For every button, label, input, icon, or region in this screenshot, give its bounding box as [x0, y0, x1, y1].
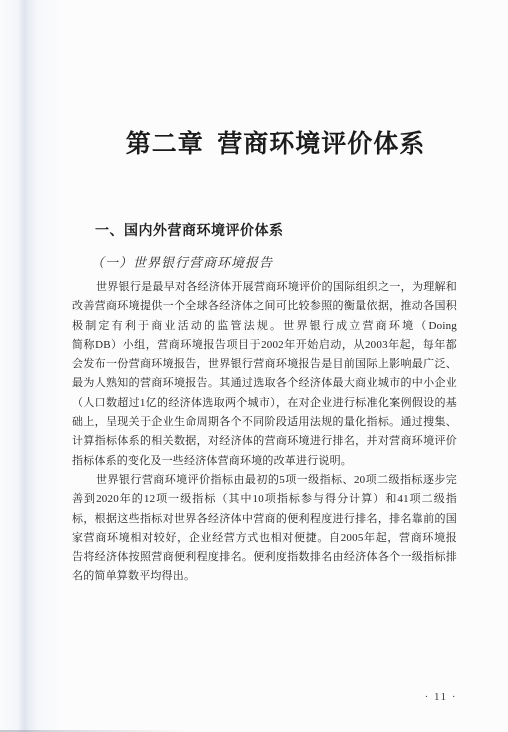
paragraph-line: 计算指标体系的相关数据，对经济体的营商环境进行排名，并对营商环境评价	[72, 432, 457, 451]
paragraph-line: 家营商环境相对较好，企业经营方式也相对便捷。自2005年起，营商环境报	[72, 529, 457, 548]
scan-gutter-shadow	[0, 0, 64, 732]
paragraph-line: 世界银行是最早对各经济体开展营商环境评价的国际组织之一，为理解和	[72, 278, 457, 297]
paragraph-line: 最为人熟知的营商环境报告。其通过选取各个经济体最大商业城市的中小企业	[72, 374, 457, 393]
paragraph-line: 改善营商环境提供一个全球各经济体之间可比较参照的衡量依据，推动各国积	[72, 297, 457, 316]
paragraph-line: 善到2020年的12项一级指标（其中10项指标参与得分计算）和41项二级指	[72, 490, 457, 509]
page-number: · 11 ·	[72, 690, 457, 704]
paragraph-line: 名的简单算数平均得出。	[72, 567, 457, 586]
paragraph-line: 告将经济体按照营商便利程度排名。便利度指数排名由经济体各个一级指标排	[72, 548, 457, 567]
body-text: 世界银行是最早对各经济体开展营商环境评价的国际组织之一，为理解和 改善营商环境提…	[72, 278, 457, 587]
paragraph-line: 标，根据这些指标对世界各经济体中营商的便利程度进行排名，排名靠前的国	[72, 510, 457, 529]
scanned-book-page: 第二章 营商环境评价体系 一、国内外营商环境评价体系 （一）世界银行营商环境报告…	[0, 0, 508, 732]
paragraph-line: 础上，呈现关于企业生命周期各个不同阶段适用法规的量化指标。通过搜集、	[72, 413, 457, 432]
paragraph-line: 指标体系的变化及一些经济体营商环境的改革进行说明。	[72, 452, 457, 471]
section-heading: 一、国内外营商环境评价体系	[95, 221, 284, 239]
paragraph-line: 世界银行营商环境评价指标由最初的5项一级指标、20项二级指标逐步完	[72, 471, 457, 490]
subsection-heading: （一）世界银行营商环境报告	[91, 254, 273, 271]
paragraph-line: 会发布一份营商环境报告，世界银行营商环境报告是目前国际上影响最广泛、	[72, 355, 457, 374]
chapter-title: 第二章 营商环境评价体系	[72, 129, 457, 160]
paragraph-line: 极制定有利于商业活动的监管法规。世界银行成立营商环境（Doing Busines…	[72, 317, 457, 336]
paragraph-line: 简称DB）小组，营商环境报告项目于2002年开始启动，从2003年起，每年都	[72, 336, 457, 355]
paragraph-line: （人口数超过1亿的经济体选取两个城市），在对企业进行标准化案例假设的基	[72, 394, 457, 413]
